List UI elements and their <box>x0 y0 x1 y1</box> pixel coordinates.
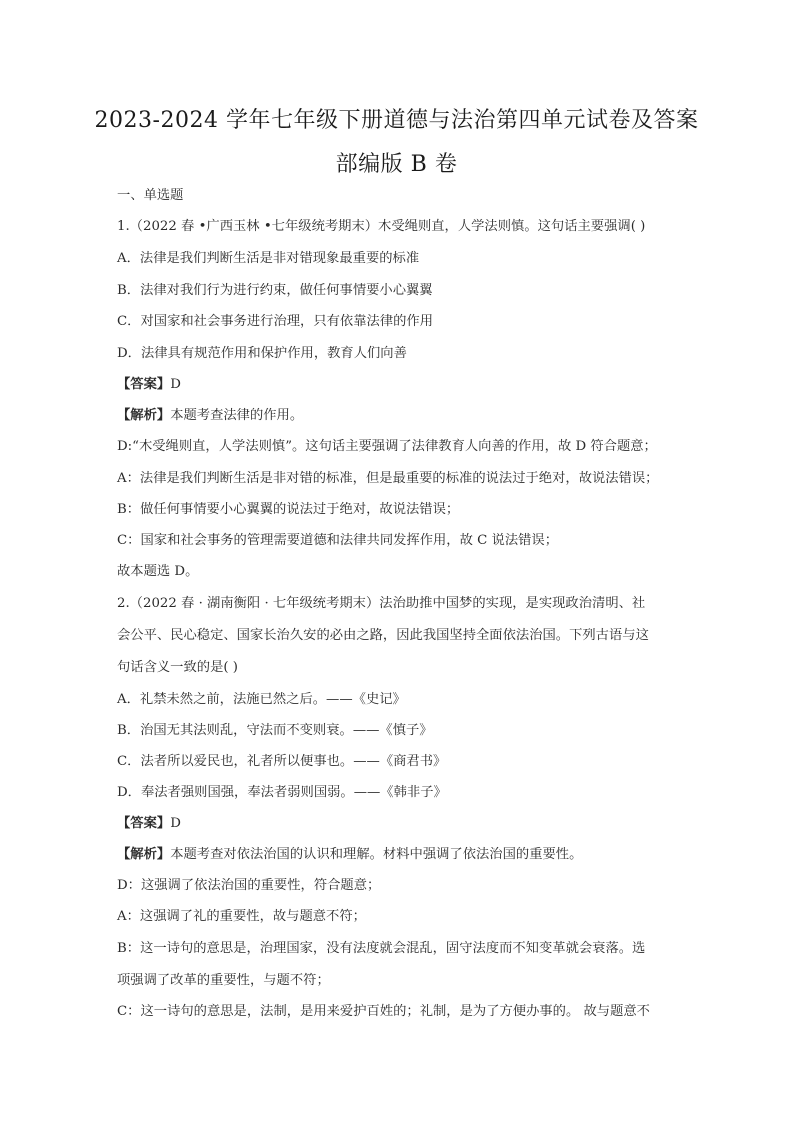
analysis-intro: 本题考查对依法治国的认识和理解。材料中强调了依法治国的重要性。 <box>170 847 582 862</box>
question-2-analysis: 【解析】本题考查对依法治国的认识和理解。材料中强调了依法治国的重要性。 <box>117 846 582 864</box>
analysis-tag: 【解析】 <box>117 847 170 862</box>
document-page: 2023-2024 学年七年级下册道德与法治第四单元试卷及答案 部编版 B 卷 … <box>0 0 793 1122</box>
document-title: 2023-2024 学年七年级下册道德与法治第四单元试卷及答案 <box>0 103 793 134</box>
answer-value: D <box>170 816 181 831</box>
question-2-answer: 【答案】D <box>117 815 181 833</box>
question-2-option-c: C．法者所以爱民也，礼者所以便事也。——《商君书》 <box>117 753 446 771</box>
answer-value: D <box>170 377 181 392</box>
question-2-option-d: D．奉法者强则国强，奉法者弱则国弱。——《韩非子》 <box>117 784 447 802</box>
question-1-analysis-line: C：国家和社会事务的管理需要道德和法律共同发挥作用，故 C 说法错误； <box>117 532 558 550</box>
question-1-conclusion: 故本题选 D。 <box>117 563 198 581</box>
answer-tag: 【答案】 <box>117 377 170 392</box>
question-2-analysis-line: 项强调了改革的重要性，与题不符； <box>117 972 330 990</box>
question-2-analysis-line: C：这一诗句的意思是，法制，是用来爱护百姓的；礼制，是为了方便办事的。 故与题意… <box>117 1003 650 1021</box>
question-1-analysis-line: A：法律是我们判断生活是非对错的标准，但是最重要的标准的说法过于绝对，故说法错误… <box>117 470 658 488</box>
analysis-intro: 本题考查法律的作用。 <box>170 408 303 423</box>
question-2-stem: 会公平、民心稳定、国家长治久安的必由之路，因此我国坚持全面依法治国。下列古语与这 <box>117 627 649 645</box>
question-1-analysis: 【解析】本题考查法律的作用。 <box>117 407 303 425</box>
question-2-analysis-line: B：这一诗句的意思是，治理国家，没有法度就会混乱，固守法度而不知变革就会衰落。选 <box>117 940 645 958</box>
question-1-stem: 1.（2022 春 •广西玉林 •七年级统考期末）木受绳则直，人学法则慎。这句话… <box>117 218 645 236</box>
document-subtitle: 部编版 B 卷 <box>0 147 793 178</box>
question-2-option-b: B．治国无其法则乱，守法而不变则衰。——《慎子》 <box>117 722 433 740</box>
question-1-option-d: D．法律具有规范作用和保护作用，教育人们向善 <box>117 345 407 363</box>
question-2-stem: 2.（2022 春 · 湖南衡阳 · 七年级统考期末）法治助推中国梦的实现，是实… <box>117 595 645 613</box>
question-1-option-a: A．法律是我们判断生活是非对错现象最重要的标准 <box>117 250 419 268</box>
question-2-analysis-line: A：这强调了礼的重要性，故与题意不符； <box>117 908 366 926</box>
question-2-analysis-line: D：这强调了依法治国的重要性，符合题意； <box>117 877 380 895</box>
section-heading: 一、单选题 <box>117 187 183 205</box>
question-1-option-c: C．对国家和社会事务进行治理，只有依靠法律的作用 <box>117 313 433 331</box>
question-2-stem: 句话含义一致的是( ) <box>117 659 238 677</box>
question-1-analysis-line: D:“木受绳则直，人学法则慎”。这句话主要强调了法律教育人向善的作用，故 D 符… <box>117 438 657 456</box>
analysis-tag: 【解析】 <box>117 408 170 423</box>
question-2-option-a: A．礼禁未然之前，法施已然之后。——《史记》 <box>117 691 406 709</box>
question-1-analysis-line: B：做任何事情要小心翼翼的说法过于绝对，故说法错误； <box>117 501 459 519</box>
answer-tag: 【答案】 <box>117 816 170 831</box>
question-1-option-b: B．法律对我们行为进行约束，做任何事情要小心翼翼 <box>117 282 433 300</box>
question-1-answer: 【答案】D <box>117 376 181 394</box>
